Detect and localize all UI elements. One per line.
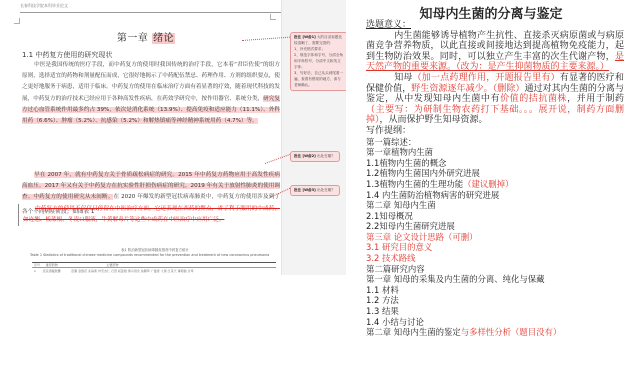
- revision-note: 与多样性分析（题目没有）: [461, 327, 562, 337]
- outline-item: 1.4 小结与讨论: [366, 317, 624, 328]
- margin-corner-mark: [14, 18, 20, 24]
- revision-note: 价值的拮抗菌株: [500, 94, 567, 104]
- significance-label: 选题意义：: [366, 20, 624, 31]
- significance-paragraph: 内生菌能够诱导植物产生抗性、直接杀灭病原菌或与病原菌竞争营养物质，以此直接或间接…: [366, 31, 624, 73]
- outline-label: 写作提纲：: [366, 126, 624, 137]
- outline-item: 第三章 论文设计思路（可删）: [366, 232, 624, 243]
- comment-text: 3、写好后，自己从头到尾看一遍，查看有错误的地方，请与老师确认。: [294, 71, 343, 87]
- notes-body: 选题意义： 内生菌能够诱导植物产生抗性、直接杀灭病原菌或与病原菌竞争营养物质，以…: [366, 20, 624, 338]
- outline-item: 第二篇研究内容: [366, 264, 624, 275]
- outline-item: 第一章 知母的采集及内生菌的分离、纯化与保藏: [366, 274, 624, 285]
- outline-item: 1.4 内生菌防治植物病害的研究进展: [366, 190, 624, 201]
- outline-item: 1.3 结果: [366, 306, 624, 317]
- commented-text[interactable]: 绪论: [152, 33, 175, 44]
- table-header-rule: [32, 267, 276, 268]
- outline-item: 第二章 知母内生菌: [366, 200, 624, 211]
- revision-note: （建议删掉）: [463, 179, 513, 189]
- outline-item: 第一章植物内生菌: [366, 147, 624, 158]
- revision-note: （加一点药理作用，开题报告里有）: [413, 73, 560, 83]
- comment-author: 批注 [W俞1]: [294, 35, 316, 39]
- outline-item: 2.1知母概况: [366, 211, 624, 222]
- outline-item: 1.2植物内生菌国内外研究进展: [366, 168, 624, 179]
- outline-list: 第一篇综述： 第一章植物内生菌 1.1植物内生菌的概念 1.2植物内生菌国内外研…: [366, 137, 624, 338]
- comment-author: 批注 [W俞2]: [294, 154, 316, 158]
- comment-balloon-3[interactable]: 批注 [W俞3] 出处在哪？: [290, 185, 340, 196]
- comment-text: 2、规范字体和字号，分清全角和半角符号，分清中文和英文字体；: [294, 53, 343, 69]
- outline-item: 第二章 知母内生菌的鉴定与多样性分析（题目没有）: [366, 327, 624, 338]
- comment-text: 出处在哪？: [317, 188, 335, 192]
- tracked-deletion[interactable]: 中药复方的使用不仅仅只停留在中医治疗方面，它还表现在西药的弊点，省了利于服用的中…: [23, 206, 280, 223]
- outline-item: 1.2 方法: [366, 295, 624, 306]
- review-notes: 知母内生菌的分离与鉴定 选题意义： 内生菌能够诱导植物产生抗性、直接杀灭病原菌或…: [363, 0, 644, 365]
- comment-text: 1、补充格式要求；: [294, 47, 325, 51]
- outline-item: 1.1 材料: [366, 285, 624, 296]
- outline-item: 3.2 技术路线: [366, 253, 624, 264]
- header-rule: [20, 12, 282, 13]
- revision-note: 野生资源逐年减少。（删除）: [411, 84, 524, 94]
- comment-text: 出处在哪？: [317, 154, 335, 158]
- outline-item: 1.3植物内生菌的生理功能（建议删掉）: [366, 179, 624, 190]
- word-document-view: 长春科技学院本科毕业论文 第一章 绪论 1.1 中药复方使用的研究现状 中医是我…: [0, 0, 346, 278]
- outline-item: 1.1植物内生菌的概念: [366, 158, 624, 169]
- margin-corner-mark: [270, 14, 276, 20]
- table-row: 1 连花清瘟胶囊 连翘 金银花 炙麻黄 炒苦杏仁 石膏 板蓝根 绵马贯众 鱼腥草…: [34, 269, 274, 273]
- running-header: 长春科技学院本科毕业论文: [20, 3, 68, 9]
- comment-balloon-1[interactable]: 批注 [W俞1] 大的目录标题比较清晰了，需要完善的： 1、补充格式要求； 2、…: [290, 32, 346, 91]
- chapter-title: 第一章 绪论: [10, 29, 282, 44]
- table-caption: 表1 防治新型冠状病毒肺炎推荐中药复方统计 Table 1 Statistics…: [30, 248, 280, 258]
- outline-item: 3.1 研究目的意义: [366, 242, 624, 253]
- chapter-prefix: 第一章: [117, 33, 152, 44]
- comment-author: 批注 [W俞3]: [294, 188, 316, 192]
- paragraph-1: 中医是我国传统的医疗手段，而中药复方的使用时我国传统的治疗手段，它本着“君臣佐使…: [22, 60, 280, 127]
- document-page: 长春科技学院本科毕业论文 第一章 绪论 1.1 中药复方使用的研究现状 中医是我…: [10, 0, 282, 278]
- comment-balloon-2[interactable]: 批注 [W俞2] 出处在哪？: [290, 151, 340, 162]
- table-caption-en: Table 1 Statistics of traditional chines…: [30, 253, 280, 258]
- outline-item: 第一篇综述：: [366, 137, 624, 148]
- outline-item: 2.2知母内生菌研究进展: [366, 221, 624, 232]
- zhimu-paragraph: 知母（加一点药理作用，开题报告里有）有显著的医疗和保健价值，野生资源逐年减少。（…: [366, 73, 624, 126]
- section-title: 1.1 中药复方使用的研究现状: [22, 50, 112, 60]
- deleted-paragraph: 中药复方的使用不仅仅只停留在中医治疗方面，它还表现在西药的弊点，省了利于服用的中…: [18, 204, 280, 226]
- paragraph-text: 中医是我国传统的医疗手段，而中药复方的使用时我国传统的治疗手段，它本着“君臣佐使…: [22, 62, 280, 102]
